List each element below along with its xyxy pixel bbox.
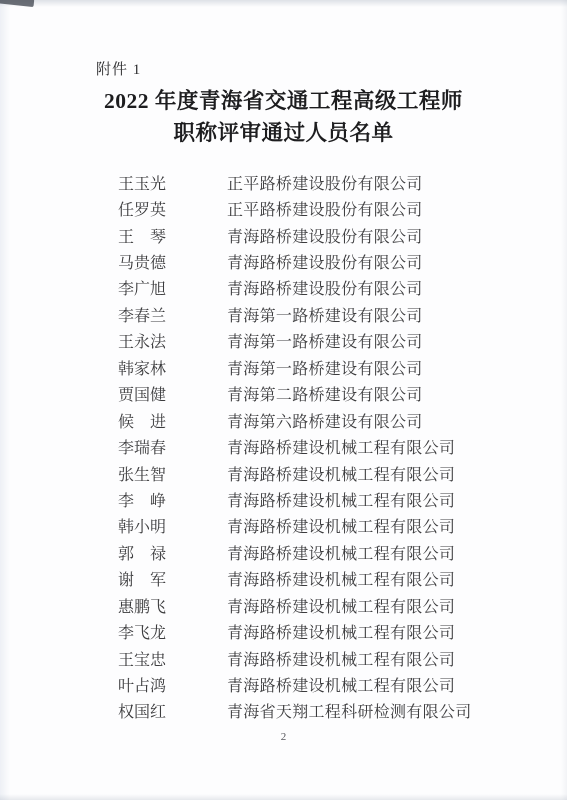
roster-row: 任罗英 正平路桥建设股份有限公司 (118, 195, 531, 221)
scanned-page: 附件 1 2022 年度青海省交通工程高级工程师 职称评审通过人员名单 王玉光 … (0, 0, 567, 800)
company-name: 青海第一路桥建设有限公司 (227, 356, 531, 379)
attachment-label: 附件 1 (96, 58, 141, 79)
company-name: 正平路桥建设股份有限公司 (227, 171, 531, 194)
roster-row: 王永法 青海第一路桥建设有限公司 (118, 328, 531, 354)
person-name: 郭 禄 (118, 541, 227, 564)
roster-row: 叶占鸿 青海路桥建设机械工程有限公司 (118, 671, 531, 697)
company-name: 青海路桥建设机械工程有限公司 (227, 541, 531, 564)
roster-row: 权国红 青海省天翔工程科研检测有限公司 (118, 698, 531, 724)
roster-row: 李 峥 青海路桥建设机械工程有限公司 (118, 486, 531, 512)
person-name: 韩小明 (118, 514, 227, 537)
roster-row: 李春兰 青海第一路桥建设有限公司 (118, 301, 531, 327)
company-name: 青海路桥建设机械工程有限公司 (227, 647, 531, 670)
roster-row: 王玉光 正平路桥建设股份有限公司 (118, 169, 531, 195)
roster-row: 李广旭 青海路桥建设股份有限公司 (118, 275, 531, 301)
company-name: 青海路桥建设股份有限公司 (227, 276, 531, 299)
roster-row: 王宝忠 青海路桥建设机械工程有限公司 (118, 645, 531, 671)
company-name: 青海第一路桥建设有限公司 (227, 303, 531, 326)
company-name: 正平路桥建设股份有限公司 (227, 197, 531, 220)
roster-row: 王 琴 青海路桥建设股份有限公司 (118, 222, 531, 248)
person-name: 权国红 (118, 699, 227, 722)
company-name: 青海路桥建设机械工程有限公司 (227, 567, 531, 590)
roster-row: 李瑞春 青海路桥建设机械工程有限公司 (118, 433, 531, 459)
roster-row: 李飞龙 青海路桥建设机械工程有限公司 (118, 618, 531, 644)
person-name: 李瑞春 (118, 435, 227, 458)
page-number: 2 (0, 731, 567, 743)
person-name: 韩家林 (118, 356, 227, 379)
roster-row: 韩小明 青海路桥建设机械工程有限公司 (118, 513, 531, 539)
company-name: 青海路桥建设股份有限公司 (227, 250, 531, 273)
company-name: 青海路桥建设机械工程有限公司 (227, 594, 531, 617)
document-title-line1: 2022 年度青海省交通工程高级工程师 (0, 85, 567, 117)
person-name: 任罗英 (118, 197, 227, 220)
person-name: 李广旭 (118, 276, 227, 299)
scan-artifact-top-edge (0, 0, 567, 7)
scan-artifact-bottom-edge (0, 794, 567, 800)
roster-row: 郭 禄 青海路桥建设机械工程有限公司 (118, 539, 531, 565)
person-name: 贾国健 (118, 382, 227, 405)
person-name: 谢 军 (118, 567, 227, 590)
scan-artifact-corner-mark (0, 0, 34, 7)
company-name: 青海第六路桥建设有限公司 (227, 409, 531, 432)
roster-row: 马贵德 青海路桥建设股份有限公司 (118, 248, 531, 274)
person-name: 李飞龙 (118, 620, 227, 643)
roster-row: 韩家林 青海第一路桥建设有限公司 (118, 354, 531, 380)
roster-row: 张生智 青海路桥建设机械工程有限公司 (118, 460, 531, 486)
company-name: 青海第二路桥建设有限公司 (227, 382, 531, 405)
company-name: 青海第一路桥建设有限公司 (227, 329, 531, 352)
company-name: 青海省天翔工程科研检测有限公司 (227, 699, 531, 722)
person-name: 王 琴 (118, 224, 227, 247)
company-name: 青海路桥建设机械工程有限公司 (227, 435, 531, 458)
person-name: 张生智 (118, 462, 227, 485)
company-name: 青海路桥建设机械工程有限公司 (227, 462, 531, 485)
company-name: 青海路桥建设机械工程有限公司 (227, 514, 531, 537)
person-name: 马贵德 (118, 250, 227, 273)
document-title: 2022 年度青海省交通工程高级工程师 职称评审通过人员名单 (0, 85, 567, 149)
company-name: 青海路桥建设股份有限公司 (227, 224, 531, 247)
roster-row: 惠鹏飞 青海路桥建设机械工程有限公司 (118, 592, 531, 618)
person-name: 李春兰 (118, 303, 227, 326)
person-name: 候 进 (118, 409, 227, 432)
person-name: 叶占鸿 (118, 673, 227, 696)
roster-row: 谢 军 青海路桥建设机械工程有限公司 (118, 566, 531, 592)
person-name: 王玉光 (118, 171, 227, 194)
person-name: 王宝忠 (118, 647, 227, 670)
roster-row: 候 进 青海第六路桥建设有限公司 (118, 407, 531, 433)
company-name: 青海路桥建设机械工程有限公司 (227, 488, 531, 511)
person-name: 李 峥 (118, 488, 227, 511)
roster-row: 贾国健 青海第二路桥建设有限公司 (118, 381, 531, 407)
company-name: 青海路桥建设机械工程有限公司 (227, 673, 531, 696)
document-title-line2: 职称评审通过人员名单 (0, 117, 567, 149)
person-name: 王永法 (118, 329, 227, 352)
person-name: 惠鹏飞 (118, 594, 227, 617)
roster-list: 王玉光 正平路桥建设股份有限公司 任罗英 正平路桥建设股份有限公司 王 琴 青海… (118, 169, 531, 724)
company-name: 青海路桥建设机械工程有限公司 (227, 620, 531, 643)
